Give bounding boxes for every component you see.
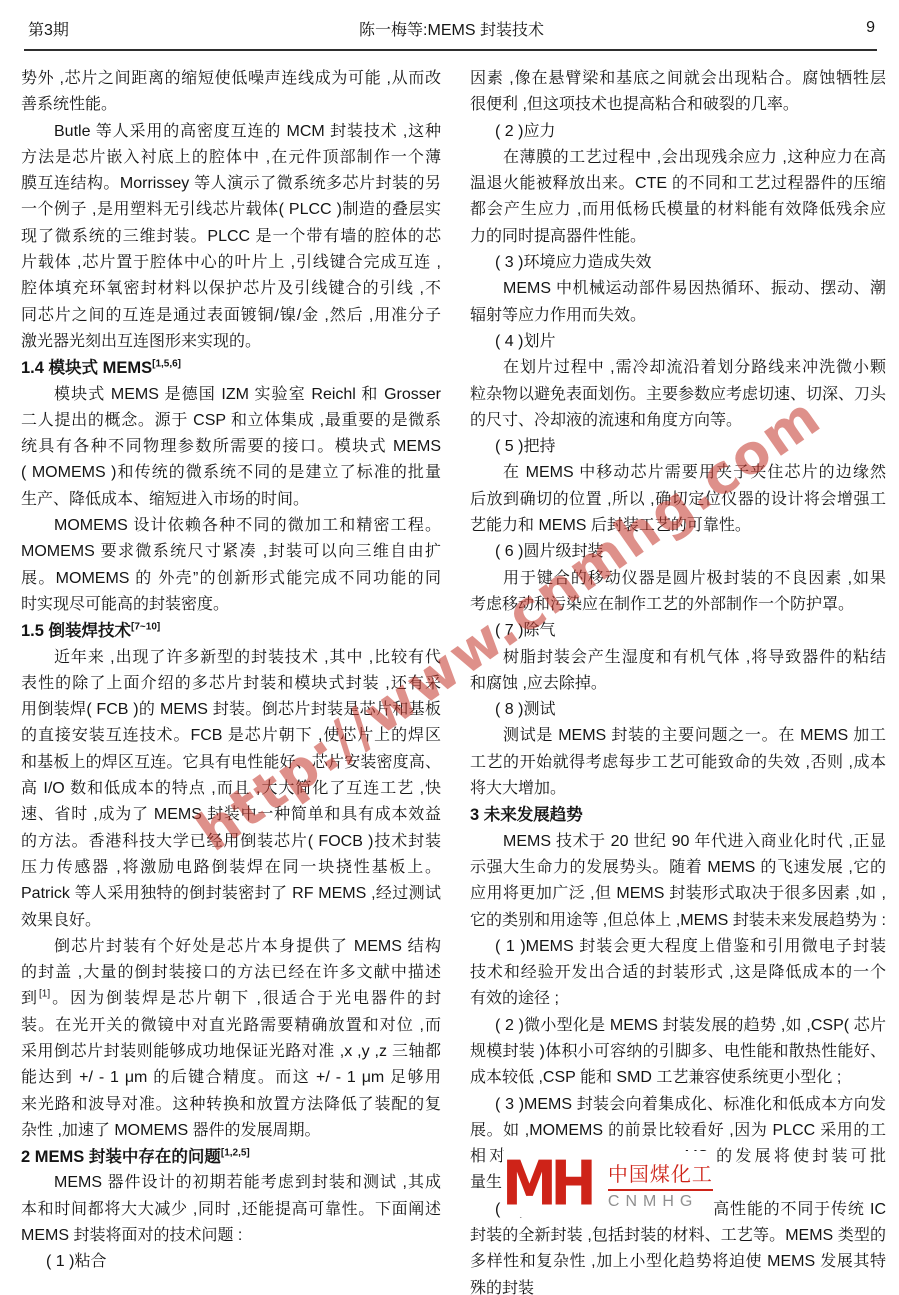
text-line: 技术和经验开发出合适的封装形式 ,这是降低成本的一个: [470, 960, 886, 986]
text-run: 。因为倒装焊是芯片朝下 ,很适合于光电器件的封: [50, 990, 441, 1007]
text-run: 力的同时提高器件性能。: [470, 228, 646, 245]
text-line: ( 8 )测试: [470, 697, 886, 723]
text-run: 效果良好。: [21, 912, 101, 929]
text-line: 善系统性能。: [21, 92, 441, 118]
text-run: MEMS 中机械运动部件易因热循环、振动、摆动、潮湿、: [503, 280, 886, 302]
text-run: 速、省时 ,成为了 MEMS 封装中一种简单和具有成本效益: [21, 806, 441, 823]
citation-superscript: [1]: [39, 989, 50, 1000]
text-run: 统具有各种不同物理参数所需要的接口。模块式 MEMS: [21, 438, 441, 455]
text-run: 1.4 模块式 MEMS: [21, 359, 152, 377]
text-run: 的直接安装互连技术。FCB 是芯片朝下 ,使芯片上的焊区: [21, 727, 441, 744]
text-line: 高 I/O 数和低成本的特点 ,而且 ,大大简化了互连工艺 ,快: [21, 776, 441, 802]
text-line: MOMEMS 要求微系统尺寸紧凑 ,封装可以向三维自由扩: [21, 539, 441, 565]
text-run: 方法是芯片嵌入衬底上的腔体中 ,在元件顶部制作一个薄: [21, 149, 441, 166]
logo-abbr: CNMHG: [608, 1193, 713, 1211]
text-run: 很便利 ,但这项技术也提高粘合和破裂的几率。: [470, 96, 799, 113]
text-line: 一个例子 ,是用塑料无引线芯片载体( PLCC )制造的叠层实: [21, 197, 441, 223]
text-run: ( 8 )测试: [495, 701, 555, 718]
text-run: 能达到 +/ - 1 μm 的后键合精度。而这 +/ - 1 μm 足够用: [21, 1069, 441, 1086]
text-run: ( 4 )划片: [495, 333, 555, 350]
text-line: MEMS 中机械运动部件易因热循环、振动、摆动、潮湿、: [470, 276, 886, 302]
text-line: 用倒装焊( FCB )的 MEMS 封装。倒芯片封装是芯片和基板: [21, 697, 441, 723]
text-run: 在薄膜的工艺过程中 ,会出现残余应力 ,这种应力在高: [503, 149, 886, 166]
text-line: 有效的途径 ;: [470, 986, 886, 1012]
text-run: 杂性 ,加速了 MOMEMS 器件的发展周期。: [21, 1122, 321, 1139]
text-line: MEMS 技术于 20 世纪 90 年代进入商业化时代 ,正显: [470, 829, 886, 855]
text-run: 多样性和复杂性 ,加上小型化趋势将迫使 MEMS 发展其特: [470, 1253, 886, 1270]
text-line: 膜互连结构。Morrissey 等人演示了微系统多芯片封装的另: [21, 171, 441, 197]
text-run: 技术和经验开发出合适的封装形式 ,这是降低成本的一个: [470, 964, 886, 981]
text-line: 树脂封装会产生湿度和有机气体 ,将导致器件的粘结: [470, 645, 886, 671]
text-run: 有效的途径 ;: [470, 990, 559, 1007]
text-line: 杂性 ,加速了 MOMEMS 器件的发展周期。: [21, 1118, 441, 1144]
text-line: 表性的除了上面介绍的多芯片封装和模块式封装 ,还有采: [21, 671, 441, 697]
text-run: MOMEMS 要求微系统尺寸紧凑 ,封装可以向三维自由扩: [21, 543, 441, 560]
text-line: 成本较低 ,CSP 能和 SMD 工艺兼容使系统更小型化 ;: [470, 1065, 886, 1091]
text-run: 示强大生命力的发展势头。随着 MEMS 的飞速发展 ,它的: [470, 859, 886, 876]
text-run: 应用将更加广泛 ,但 MEMS 封装形式取决于很多因素 ,如 ,: [470, 885, 886, 902]
text-run: 展。如 ,MOMEMS 的前景比较看好 ,因为 PLCC 采用的工艺: [470, 1122, 886, 1144]
text-line: 方法是芯片嵌入衬底上的腔体中 ,在元件顶部制作一个薄: [21, 145, 441, 171]
text-run: 来光路和波导对准。这种转换和放置方法降低了装配的复: [21, 1096, 441, 1113]
text-run: 二人提出的概念。源于 CSP 和立体集成 ,最重要的是微系: [21, 412, 441, 429]
text-line: 腔体填充环氧密封材料以保护芯片及引线键合的引线 ,不: [21, 276, 441, 302]
text-line: 封装的全新封装 ,包括封装的材料、工艺等。MEMS 类型的: [470, 1223, 886, 1249]
text-run: 规模封装 )体积小可容纳的引脚多、电性能和散热性能好、: [470, 1043, 886, 1060]
text-line: 激光器光刻出互连图形来实现的。: [21, 329, 441, 355]
text-run: 用倒装焊( FCB )的 MEMS 封装。倒芯片封装是芯片和基板: [21, 701, 441, 718]
text-line: 能达到 +/ - 1 μm 的后键合精度。而这 +/ - 1 μm 足够用: [21, 1065, 441, 1091]
text-run: 同芯片之间的互连是通过表面镀铜/镍/金 ,然后 ,用准分子: [21, 307, 441, 324]
text-run: 2 MEMS 封装中存在的问题: [21, 1148, 221, 1166]
text-line: 后放到确切的位置 ,所以 ,确切定位仪器的设计将会增强工: [470, 487, 886, 513]
text-line: 二人提出的概念。源于 CSP 和立体集成 ,最重要的是微系: [21, 408, 441, 434]
text-run: 温退火能被释放出来。CTE 的不同和工艺过程器件的压缩: [470, 175, 886, 192]
text-line: 模块式 MEMS 是德国 IZM 实验室 Reichl 和 Grosser 这: [21, 382, 441, 408]
text-line: 同芯片之间的互连是通过表面镀铜/镍/金 ,然后 ,用准分子: [21, 303, 441, 329]
logo-text-block: 中国煤化工 CNMHG: [608, 1158, 713, 1211]
text-run: 善系统性能。: [21, 96, 117, 113]
text-line: 将大大增加。: [470, 776, 886, 802]
text-line: 用于键合的移动仪器是圆片极封装的不良因素 ,如果: [470, 566, 886, 592]
text-line: ( 1 )粘合: [21, 1249, 441, 1275]
text-run: 将大大增加。: [470, 780, 566, 797]
text-line: 势外 ,芯片之间距离的缩短使低噪声连线成为可能 ,从而改: [21, 66, 441, 92]
text-line: ( 3 )MEMS 封装会向着集成化、标准化和低成本方向发: [470, 1092, 886, 1118]
text-line: 采用倒芯片封装则能够成功地保证光路对准 ,x ,y ,z 三轴都: [21, 1039, 441, 1065]
header-divider: [24, 49, 877, 51]
text-run: 和腐蚀 ,应去除掉。: [470, 675, 607, 692]
text-run: 3 未来发展趋势: [470, 806, 583, 824]
text-run: 生产、降低成本、缩短进入市场的时间。: [21, 491, 309, 508]
text-line: 片载体 ,芯片置于腔体中心的叶片上 ,引线键合完成互连 ,: [21, 250, 441, 276]
text-run: Butle 等人采用的高密度互连的 MCM 封装技术 ,这种: [54, 123, 441, 140]
text-line: 压力传感器 ,将激励电路倒装焊在同一块挠性基板上。: [21, 855, 441, 881]
text-run: 在 MEMS 中移动芯片需要用夹子夹住芯片的边缘然: [503, 464, 886, 481]
text-run: ( 3 )MEMS 封装会向着集成化、标准化和低成本方向发: [495, 1096, 886, 1113]
text-run: 成本较低 ,CSP 能和 SMD 工艺兼容使系统更小型化 ;: [470, 1069, 841, 1086]
citation-superscript: [1,5,6]: [152, 359, 181, 370]
text-run: ( MOMEMS )和传统的微系统不同的是建立了标准的批量: [21, 464, 441, 481]
text-line: ( MOMEMS )和传统的微系统不同的是建立了标准的批量: [21, 460, 441, 486]
text-run: 近年来 ,出现了许多新型的封装技术 ,其中 ,比较有代: [54, 649, 441, 666]
text-run: 到: [21, 990, 39, 1007]
text-run: 的方法。香港科技大学已经用倒装芯片( FOCB )技术封装: [21, 833, 441, 850]
text-line: 示强大生命力的发展势头。随着 MEMS 的飞速发展 ,它的: [470, 855, 886, 881]
text-column-left: 势外 ,芯片之间距离的缩短使低噪声连线成为可能 ,从而改善系统性能。Butle …: [21, 66, 441, 1276]
logo-name-cn: 中国煤化工: [608, 1158, 713, 1191]
text-run: ( 1 )MEMS 封装会更大程度上借鉴和引用微电子封装: [495, 938, 886, 955]
text-line: 到[1]。因为倒装焊是芯片朝下 ,很适合于光电器件的封: [21, 986, 441, 1012]
text-run: 高 I/O 数和低成本的特点 ,而且 ,大大简化了互连工艺 ,快: [21, 780, 441, 797]
text-run: MEMS 器件设计的初期若能考虑到封装和测试 ,其成: [54, 1174, 441, 1191]
text-run: 它的类别和用途等 ,但总体上 ,MEMS 封装未来发展趋势为 :: [470, 912, 886, 929]
text-line: ( 1 )MEMS 封装会更大程度上借鉴和引用微电子封装: [470, 934, 886, 960]
text-run: MEMS 技术于 20 世纪 90 年代进入商业化时代 ,正显: [503, 833, 886, 850]
text-line: ( 2 )应力: [470, 119, 886, 145]
text-line: 粒杂物以避免表面划伤。主要参数应考虑切速、切深、刀头: [470, 382, 886, 408]
text-line: 规模封装 )体积小可容纳的引脚多、电性能和散热性能好、: [470, 1039, 886, 1065]
text-line: 展。MOMEMS 的 外壳”的创新形式能完成不同功能的同: [21, 566, 441, 592]
text-run: ( 6 )圆片级封装: [495, 543, 603, 560]
section-heading-line: 1.4 模块式 MEMS[1,5,6]: [21, 355, 441, 381]
section-heading-line: 2 MEMS 封装中存在的问题[1,2,5]: [21, 1144, 441, 1170]
text-run: 都会产生应力 ,而用低杨氏模量的材料能有效降低残余应: [470, 201, 886, 218]
text-run: 艺能力和 MEMS 后封装工艺的可靠性。: [470, 517, 751, 534]
text-run: ( 3 )环境应力造成失效: [495, 254, 651, 271]
text-run: ( 2 )应力: [495, 123, 555, 140]
text-run: 粒杂物以避免表面划伤。主要参数应考虑切速、切深、刀头: [470, 386, 886, 403]
text-run: 激光器光刻出互连图形来实现的。: [21, 333, 261, 350]
page-header: 第3期 陈一梅等:MEMS 封装技术 9: [28, 16, 875, 40]
text-run: 1.5 倒装焊技术: [21, 622, 131, 640]
text-run: 时实现尽可能高的封装密度。: [21, 596, 229, 613]
text-run: 的尺寸、冷却液的流速和角度方向等。: [470, 412, 742, 429]
text-run: ( 5 )把持: [495, 438, 555, 455]
text-run: 树脂封装会产生湿度和有机气体 ,将导致器件的粘结: [503, 649, 886, 666]
header-running-title: 陈一梅等:MEMS 封装技术: [28, 17, 875, 40]
text-line: 在 MEMS 中移动芯片需要用夹子夹住芯片的边缘然: [470, 460, 886, 486]
text-run: MOMEMS 设计依赖各种不同的微加工和精密工程。: [54, 517, 441, 534]
text-line: 生产、降低成本、缩短进入市场的时间。: [21, 487, 441, 513]
text-run: 模块式 MEMS 是德国 IZM 实验室 Reichl 和 Grosser 这: [54, 386, 441, 408]
text-run: 测试是 MEMS 封装的主要问题之一。在 MEMS 加工: [503, 727, 886, 744]
text-run: ( 2 )微小型化是 MEMS 封装发展的趋势 ,如 ,CSP( 芯片: [495, 1017, 886, 1034]
text-line: ( 5 )把持: [470, 434, 886, 460]
text-run: ( 7 )除气: [495, 622, 555, 639]
text-line: 装。在光开关的微镜中对直光路需要精确放置和对位 ,而: [21, 1013, 441, 1039]
text-line: 温退火能被释放出来。CTE 的不同和工艺过程器件的压缩: [470, 171, 886, 197]
logo-monogram-icon: MH: [502, 1154, 590, 1213]
text-line: MOMEMS 设计依赖各种不同的微加工和精密工程。: [21, 513, 441, 539]
text-line: 考虑移动和污染应在制作工艺的外部制作一个防护罩。: [470, 592, 886, 618]
text-line: 展。如 ,MOMEMS 的前景比较看好 ,因为 PLCC 采用的工艺: [470, 1118, 886, 1144]
text-run: Patrick 等人采用独特的倒封装密封了 RF MEMS ,经过测试: [21, 885, 441, 902]
text-run: 势外 ,芯片之间距离的缩短使低噪声连线成为可能 ,从而改: [21, 70, 441, 87]
text-line: 辐射等应力作用而失效。: [470, 303, 886, 329]
text-line: 的封盖 ,大量的倒封装接口的方法已经在许多文献中描述: [21, 960, 441, 986]
text-line: 本和时间都将大大减少 ,同时 ,还能提高可靠性。下面阐述: [21, 1197, 441, 1223]
text-line: MEMS 器件设计的初期若能考虑到封装和测试 ,其成: [21, 1170, 441, 1196]
text-run: 殊的封装: [470, 1280, 534, 1295]
text-line: Patrick 等人采用独特的倒封装密封了 RF MEMS ,经过测试: [21, 881, 441, 907]
text-line: 多样性和复杂性 ,加上小型化趋势将迫使 MEMS 发展其特: [470, 1249, 886, 1275]
text-line: 时实现尽可能高的封装密度。: [21, 592, 441, 618]
text-line: 应用将更加广泛 ,但 MEMS 封装形式取决于很多因素 ,如 ,: [470, 881, 886, 907]
text-run: 封装的全新封装 ,包括封装的材料、工艺等。MEMS 类型的: [470, 1227, 886, 1244]
text-run: 展。MOMEMS 的 外壳”的创新形式能完成不同功能的同: [21, 570, 441, 587]
text-line: 效果良好。: [21, 908, 441, 934]
text-line: 和腐蚀 ,应去除掉。: [470, 671, 886, 697]
text-line: 都会产生应力 ,而用低杨氏模量的材料能有效降低残余应: [470, 197, 886, 223]
section-heading-line: 1.5 倒装焊技术[7~10]: [21, 618, 441, 644]
text-line: ( 7 )除气: [470, 618, 886, 644]
section-heading-line: 3 未来发展趋势: [470, 802, 886, 828]
text-line: 速、省时 ,成为了 MEMS 封装中一种简单和具有成本效益: [21, 802, 441, 828]
text-line: ( 4 )划片: [470, 329, 886, 355]
text-run: 现了微系统的三维封装。PLCC 是一个带有墙的腔体的芯: [21, 228, 441, 245]
text-run: 辐射等应力作用而失效。: [470, 307, 646, 324]
text-line: MEMS 封装将面对的技术问题 :: [21, 1223, 441, 1249]
text-run: ( 1 )粘合: [46, 1253, 106, 1270]
text-line: 在薄膜的工艺过程中 ,会出现残余应力 ,这种应力在高: [470, 145, 886, 171]
text-line: 它的类别和用途等 ,但总体上 ,MEMS 封装未来发展趋势为 :: [470, 908, 886, 934]
text-run: 的封盖 ,大量的倒封装接口的方法已经在许多文献中描述: [21, 964, 441, 981]
text-run: 量生: [470, 1174, 502, 1191]
text-line: ( 2 )微小型化是 MEMS 封装发展的趋势 ,如 ,CSP( 芯片: [470, 1013, 886, 1039]
text-run: 一个例子 ,是用塑料无引线芯片载体( PLCC )制造的叠层实: [21, 201, 441, 218]
text-line: 统具有各种不同物理参数所需要的接口。模块式 MEMS: [21, 434, 441, 460]
text-line: ( 3 )环境应力造成失效: [470, 250, 886, 276]
text-run: 倒芯片封装有个好处是芯片本身提供了 MEMS 结构: [54, 938, 441, 955]
text-run: 压力传感器 ,将激励电路倒装焊在同一块挠性基板上。: [21, 859, 441, 876]
text-line: 的方法。香港科技大学已经用倒装芯片( FOCB )技术封装: [21, 829, 441, 855]
citation-superscript: [1,2,5]: [221, 1148, 250, 1159]
text-line: Butle 等人采用的高密度互连的 MCM 封装技术 ,这种: [21, 119, 441, 145]
text-run: 和基板上的焊区互连。它具有电性能好、芯片安装密度高、: [21, 754, 441, 771]
text-line: 艺能力和 MEMS 后封装工艺的可靠性。: [470, 513, 886, 539]
text-line: 现了微系统的三维封装。PLCC 是一个带有墙的腔体的芯: [21, 224, 441, 250]
text-line: 很便利 ,但这项技术也提高粘合和破裂的几率。: [470, 92, 886, 118]
text-run: 膜互连结构。Morrissey 等人演示了微系统多芯片封装的另: [21, 175, 441, 192]
text-line: 和基板上的焊区互连。它具有电性能好、芯片安装密度高、: [21, 750, 441, 776]
text-run: 用于键合的移动仪器是圆片极封装的不良因素 ,如果: [503, 570, 886, 587]
text-line: 的直接安装互连技术。FCB 是芯片朝下 ,使芯片上的焊区: [21, 723, 441, 749]
text-line: 力的同时提高器件性能。: [470, 224, 886, 250]
text-line: 测试是 MEMS 封装的主要问题之一。在 MEMS 加工: [470, 723, 886, 749]
text-line: 工艺的开始就得考虑每步工艺可能致命的失效 ,否则 ,成本: [470, 750, 886, 776]
text-line: 倒芯片封装有个好处是芯片本身提供了 MEMS 结构: [21, 934, 441, 960]
text-run: 表性的除了上面介绍的多芯片封装和模块式封装 ,还有采: [21, 675, 441, 692]
text-line: 近年来 ,出现了许多新型的封装技术 ,其中 ,比较有代: [21, 645, 441, 671]
text-line: 殊的封装: [470, 1276, 886, 1295]
text-run: 考虑移动和污染应在制作工艺的外部制作一个防护罩。: [470, 596, 854, 613]
text-run: 片载体 ,芯片置于腔体中心的叶片上 ,引线键合完成互连 ,: [21, 254, 441, 271]
text-line: 在划片过程中 ,需冷却流沿着划分路线来冲洗微小颗: [470, 355, 886, 381]
text-run: MS 的发展将使封装可批: [684, 1148, 886, 1165]
text-run: 腔体填充环氧密封材料以保护芯片及引线键合的引线 ,不: [21, 280, 441, 297]
text-line: 的尺寸、冷却液的流速和角度方向等。: [470, 408, 886, 434]
text-run: MEMS 封装将面对的技术问题 :: [21, 1227, 242, 1244]
text-column-right: 因素 ,像在悬臂梁和基底之间就会出现粘合。腐蚀牺牲层很便利 ,但这项技术也提高粘…: [470, 66, 886, 1295]
text-run: 装。在光开关的微镜中对直光路需要精确放置和对位 ,而: [21, 1017, 441, 1034]
paper-page: 第3期 陈一梅等:MEMS 封装技术 9 势外 ,芯片之间距离的缩短使低噪声连线…: [0, 0, 899, 1295]
text-line: 因素 ,像在悬臂梁和基底之间就会出现粘合。腐蚀牺牲层: [470, 66, 886, 92]
text-run: 在划片过程中 ,需冷却流沿着划分路线来冲洗微小颗: [503, 359, 886, 376]
text-run: 本和时间都将大大减少 ,同时 ,还能提高可靠性。下面阐述: [21, 1201, 441, 1218]
text-line: ( 6 )圆片级封装: [470, 539, 886, 565]
text-line: 来光路和波导对准。这种转换和放置方法降低了装配的复: [21, 1092, 441, 1118]
text-run: 因素 ,像在悬臂梁和基底之间就会出现粘合。腐蚀牺牲层: [470, 70, 886, 87]
text-run: 后放到确切的位置 ,所以 ,确切定位仪器的设计将会增强工: [470, 491, 886, 508]
cnmhg-logo: MH 中国煤化工 CNMHG: [502, 1151, 714, 1217]
text-run: 采用倒芯片封装则能够成功地保证光路对准 ,x ,y ,z 三轴都: [21, 1043, 441, 1060]
citation-superscript: [7~10]: [131, 622, 160, 633]
text-run: 工艺的开始就得考虑每步工艺可能致命的失效 ,否则 ,成本: [470, 754, 886, 771]
